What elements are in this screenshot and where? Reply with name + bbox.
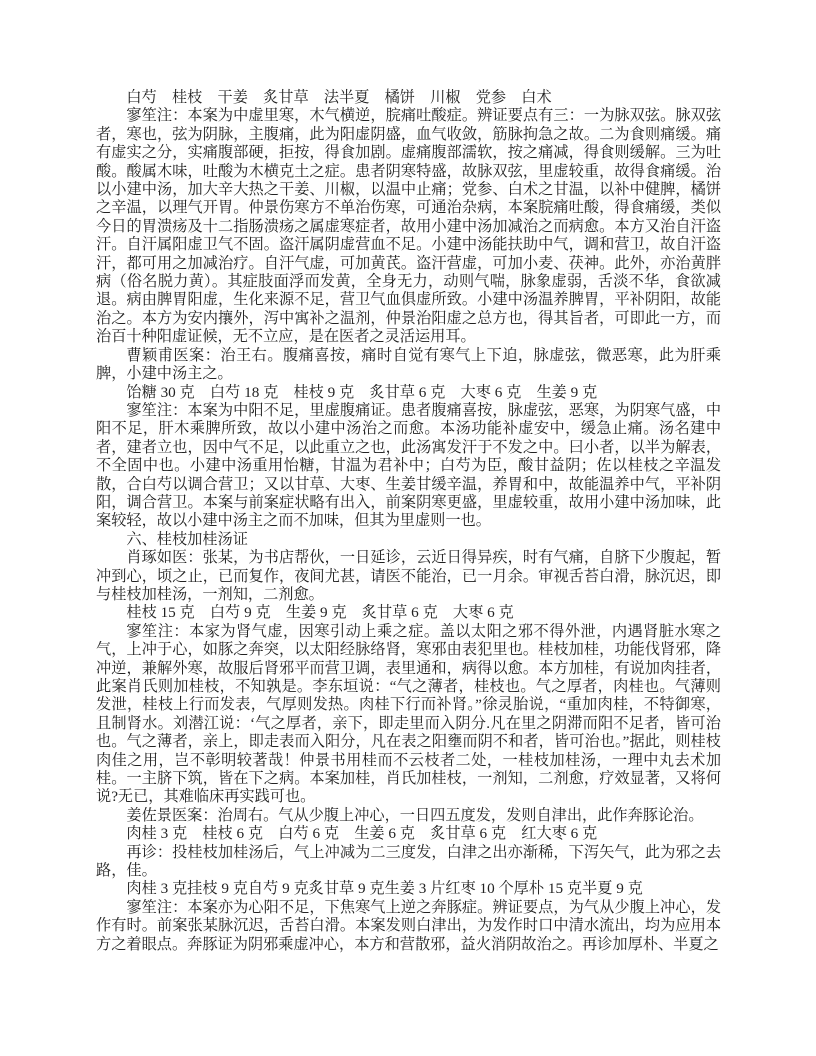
paragraph-annotation-bentun: 寥笙注：本案亦为心阳不足，下焦寒气上逆之奔豚症。辨证要点，为气从少腹上冲心，发作…	[96, 899, 721, 954]
paragraph-annotation-xiaojianzhong-1: 寥笙注：本案为中虚里寒，木气横逆，脘痛吐酸症。辨证要点有三：一为脉双弦。脉双弦者…	[96, 107, 721, 346]
paragraph-prescription-rougui-1: 肉桂 3 克 桂枝 6 克 白芍 6 克 生姜 6 克 炙甘草 6 克 红大枣 …	[96, 825, 721, 843]
paragraph-prescription-guizhi: 桂枝 15 克 白芍 9 克 生姜 9 克 炙甘草 6 克 大枣 6 克	[96, 604, 721, 622]
paragraph-prescription-rougui-2: 肉桂 3 克挂枝 9 克自芍 9 克炙甘草 9 克生姜 3 片红枣 10 个厚朴…	[96, 880, 721, 898]
paragraph-follow-up-visit: 再诊：投桂枝加桂汤后，气上冲减为二三度发，白津之出亦渐稀，下泻矢气，此为邪之去路…	[96, 844, 721, 881]
paragraph-case-jiangzuojing: 姜佐景医案：治周右。气从少腹上冲心，一日四五度发，发则自津出，此作奔豚论治。	[96, 807, 721, 825]
paragraph-prescription-yitang: 饴糖 30 克 白芍 18 克 桂枝 9 克 炙甘草 6 克 大枣 6 克 生姜…	[96, 384, 721, 402]
paragraph-case-caoyingfu: 曹颖甫医案：治王右。腹痛喜按，痛时自觉有寒气上下迫，脉虚弦，微恶寒，此为肝乘脾，…	[96, 347, 721, 384]
paragraph-case-xiaozhuoru: 肖琢如医：张某，为书店帮伙，一日延诊，云近日得异疾，时有气痛，自脐下少腹起，暂冲…	[96, 549, 721, 604]
section-heading-guizhi-jiagui: 六、桂枝加桂汤证	[96, 531, 721, 549]
document-page: 白芍 桂枝 干姜 炙甘草 法半夏 橘饼 川椒 党参 白术 寥笙注：本案为中虚里寒…	[0, 0, 816, 1056]
document-text: 白芍 桂枝 干姜 炙甘草 法半夏 橘饼 川椒 党参 白术 寥笙注：本案为中虚里寒…	[96, 89, 721, 954]
paragraph-annotation-guizhi-jiagui: 寥笙注：本家为肾气虚，因寒引动上乘之症。盖以太阳之邪不得外泄，内遇肾脏水寒之气，…	[96, 623, 721, 807]
paragraph-annotation-xiaojianzhong-2: 寥笙注：本案为中阳不足，里虚腹痛证。患者腹痛喜按，脉虚弦，恶寒，为阴寒气盛，中阳…	[96, 402, 721, 531]
paragraph-herb-list: 白芍 桂枝 干姜 炙甘草 法半夏 橘饼 川椒 党参 白术	[96, 89, 721, 107]
